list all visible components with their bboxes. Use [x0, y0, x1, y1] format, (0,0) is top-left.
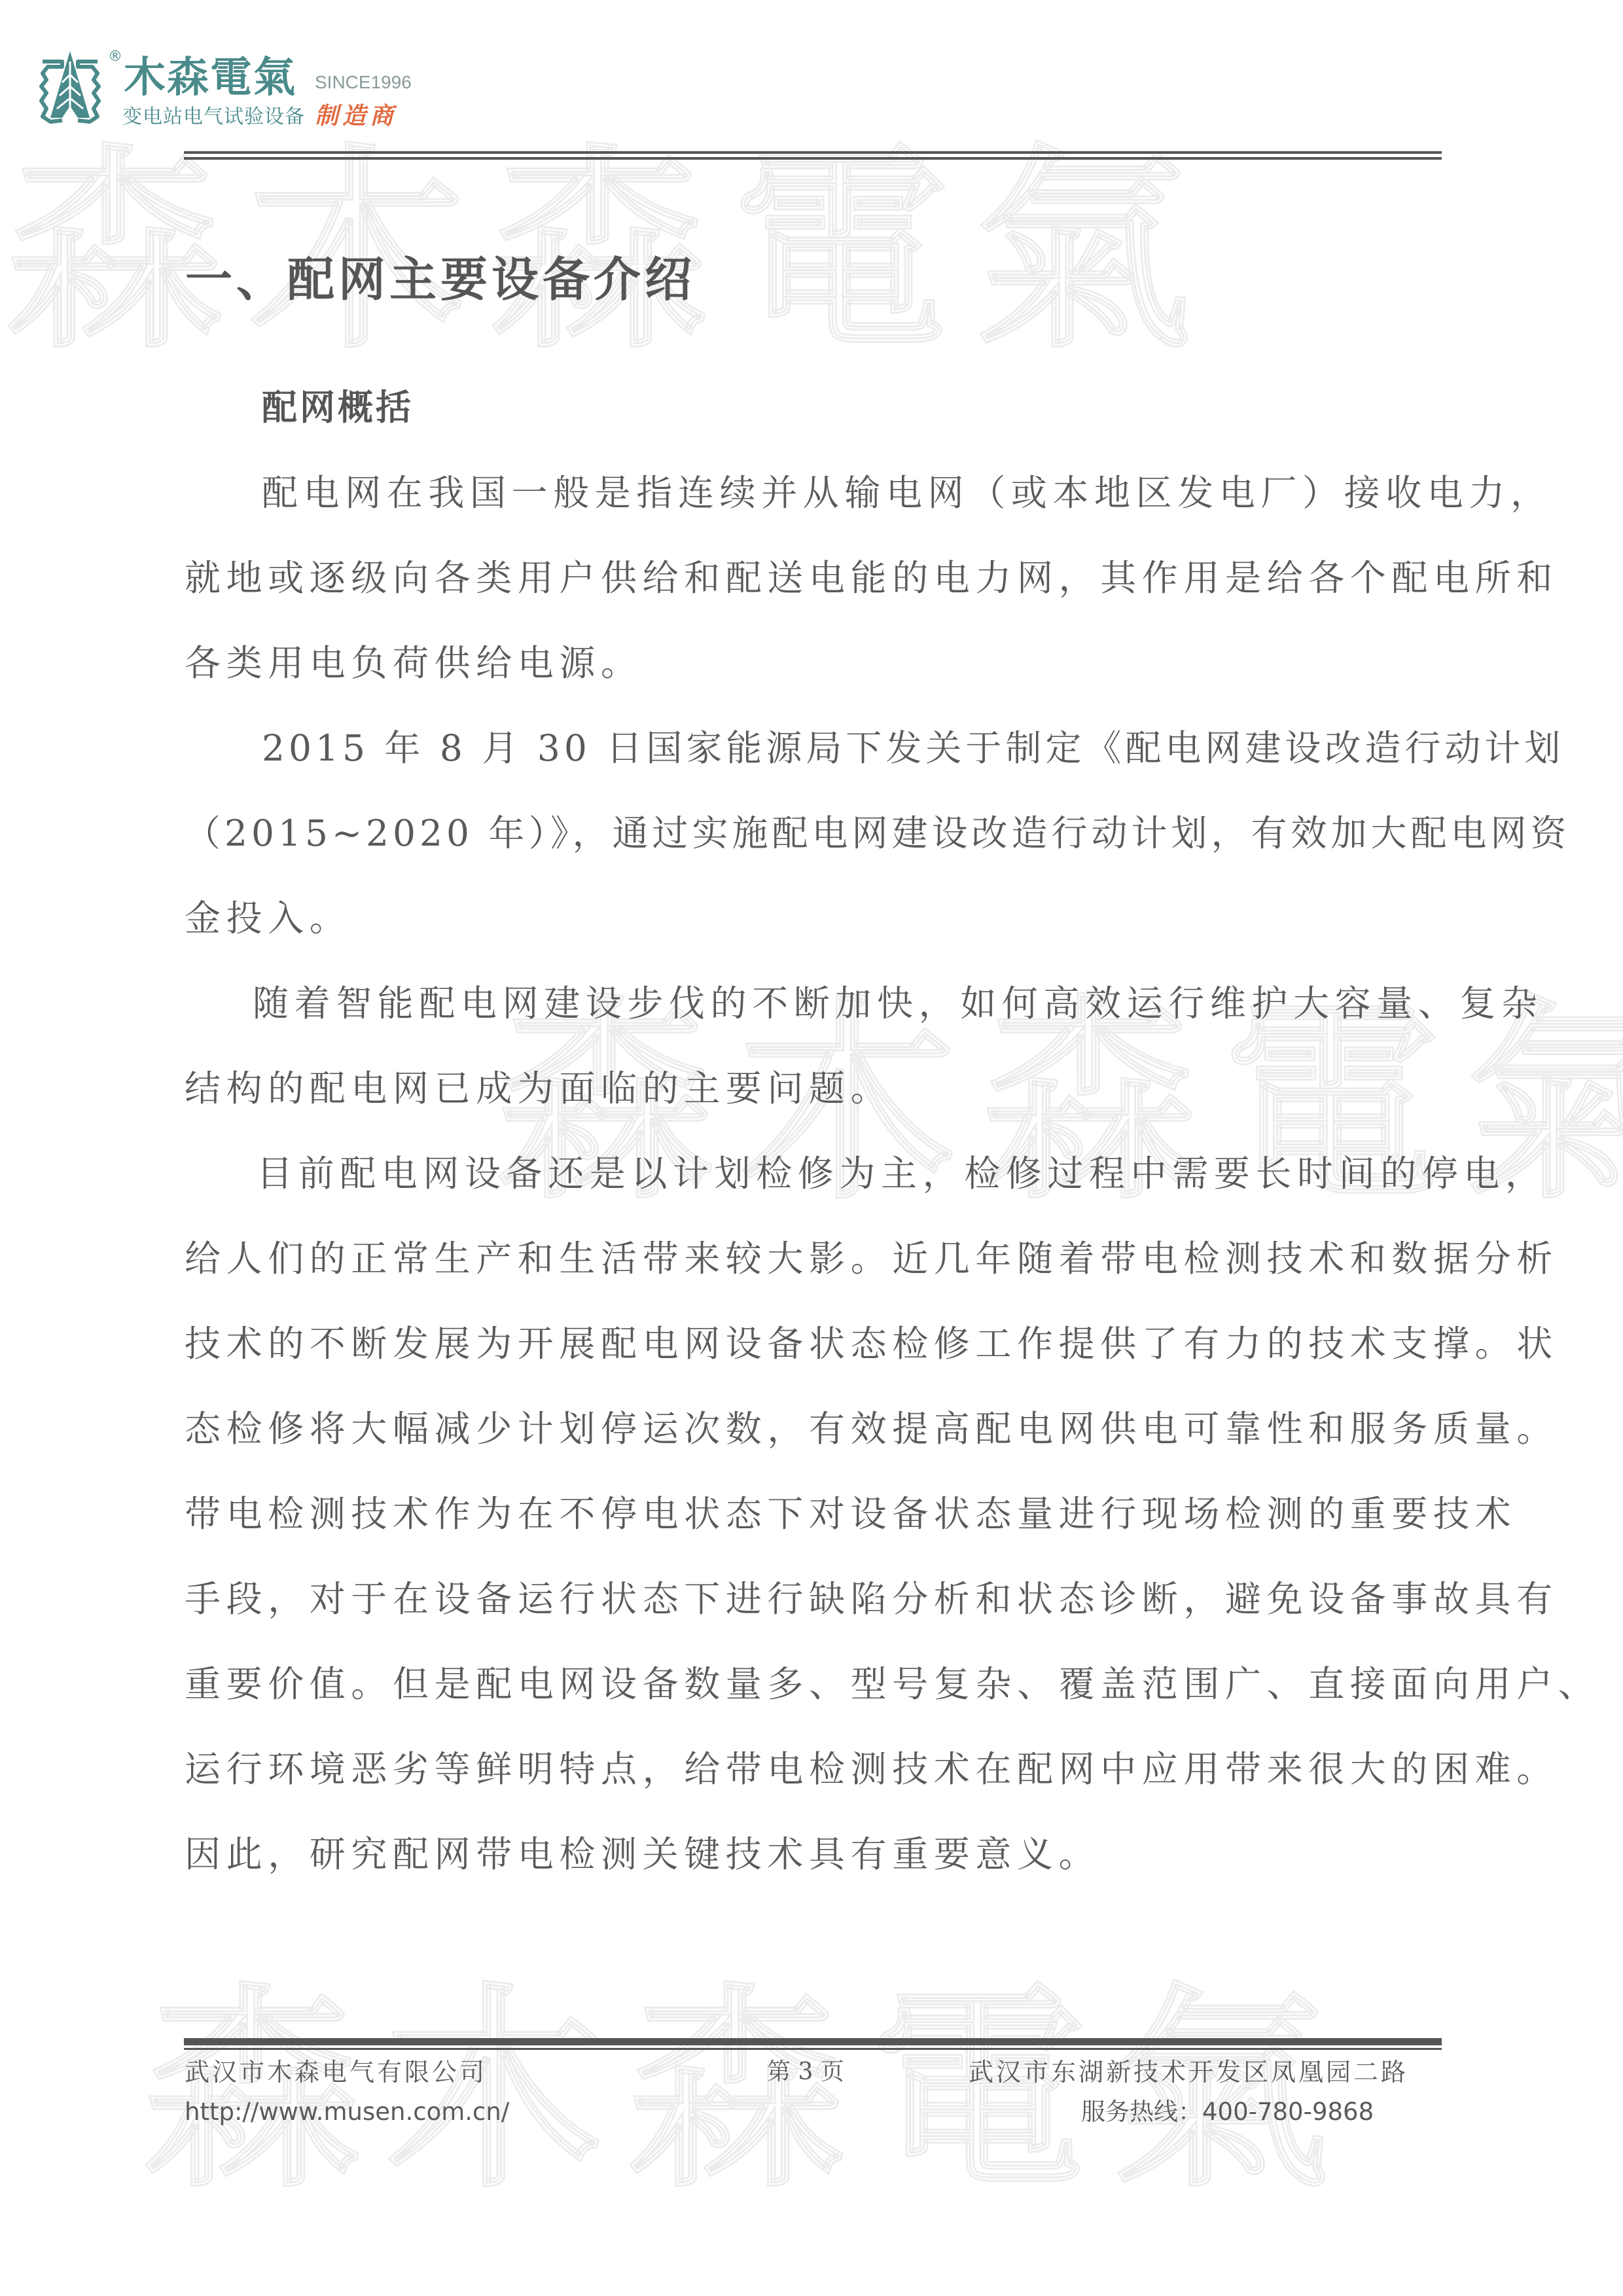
text-line: 结构的配电网已成为面临的主要问题。: [185, 1046, 1444, 1131]
company-logo: ® 木森電氣 SINCE1996 变电站电气试验设备 制造商: [36, 48, 416, 128]
text-line: （2015~2020 年）》，通过实施配电网建设改造行动计划，有效加大配电网资: [185, 791, 1444, 876]
brand-tagline: 变电站电气试验设备: [122, 106, 305, 128]
footer-website-link[interactable]: http://www.musen.com.cn/: [185, 2097, 509, 2127]
paragraph: 2015 年 8 月 30 日国家能源局下发关于制定《配电网建设改造行动计划 （…: [185, 706, 1444, 961]
text-line: 2015 年 8 月 30 日国家能源局下发关于制定《配电网建设改造行动计划: [185, 706, 1444, 791]
brand-since: SINCE1996: [315, 72, 412, 93]
footer-company-name: 武汉市木森电气有限公司: [185, 2057, 487, 2087]
text-line: 运行环境恶劣等鲜明特点，给带电检测技术在配网中应用带来很大的困难。: [185, 1727, 1444, 1812]
footer-address: 武汉市东湖新技术开发区凤凰园二路: [969, 2057, 1408, 2087]
header-rule-bottom: [184, 157, 1442, 160]
page-title: 一、配网主要设备介绍: [185, 252, 696, 307]
header-rule-top: [184, 151, 1442, 154]
text-line: 带电检测技术作为在不停电状态下对设备状态量进行现场检测的重要技术: [185, 1471, 1444, 1556]
paragraph: 随着智能配电网建设步伐的不断加快，如何高效运行维护大容量、复杂 结构的配电网已成…: [185, 961, 1444, 1131]
text-line: 随着智能配电网建设步伐的不断加快，如何高效运行维护大容量、复杂: [185, 961, 1444, 1046]
tree-gear-logo-icon: [36, 48, 104, 127]
footer-hotline: 服务热线：400-780-9868: [1081, 2097, 1374, 2127]
text-line: 手段，对于在设备运行状态下进行缺陷分析和状态诊断，避免设备事故具有: [185, 1556, 1444, 1641]
paragraph: 配电网在我国一般是指连续并从输电网（或本地区发电厂）接收电力， 就地或逐级向各类…: [185, 450, 1444, 706]
text-line: 态检修将大幅减少计划停运次数，有效提高配电网供电可靠性和服务质量。: [185, 1386, 1444, 1471]
text-line: 给人们的正常生产和生活带来较大影。近几年随着带电检测技术和数据分析: [185, 1216, 1444, 1301]
body-text: 配电网在我国一般是指连续并从输电网（或本地区发电厂）接收电力， 就地或逐级向各类…: [185, 450, 1444, 1897]
text-line: 就地或逐级向各类用户供给和配送电能的电力网，其作用是给各个配电所和: [185, 535, 1444, 620]
paragraph: 目前配电网设备还是以计划检修为主，检修过程中需要长时间的停电， 给人们的正常生产…: [185, 1131, 1444, 1897]
footer-rule-thick: [184, 2038, 1442, 2045]
text-line: 技术的不断发展为开展配电网设备状态检修工作提供了有力的技术支撑。状: [185, 1301, 1444, 1386]
text-line: 因此，研究配网带电检测关键技术具有重要意义。: [185, 1812, 1444, 1897]
footer-rule-thin: [184, 2048, 1442, 2050]
text-line: 金投入。: [185, 876, 1444, 961]
text-line: 目前配电网设备还是以计划检修为主，检修过程中需要长时间的停电，: [185, 1131, 1444, 1216]
section-heading: 配网概括: [262, 386, 414, 429]
brand-name: 木森電氣: [124, 55, 296, 101]
registered-mark: ®: [108, 48, 122, 65]
text-line: 各类用电负荷供给电源。: [185, 620, 1444, 706]
brand-maker: 制造商: [315, 103, 397, 128]
text-line: 配电网在我国一般是指连续并从输电网（或本地区发电厂）接收电力，: [185, 450, 1444, 535]
page-number: 第 3 页: [767, 2057, 844, 2087]
text-line: 重要价值。但是配电网设备数量多、型号复杂、覆盖范围广、直接面向用户、: [185, 1641, 1444, 1727]
